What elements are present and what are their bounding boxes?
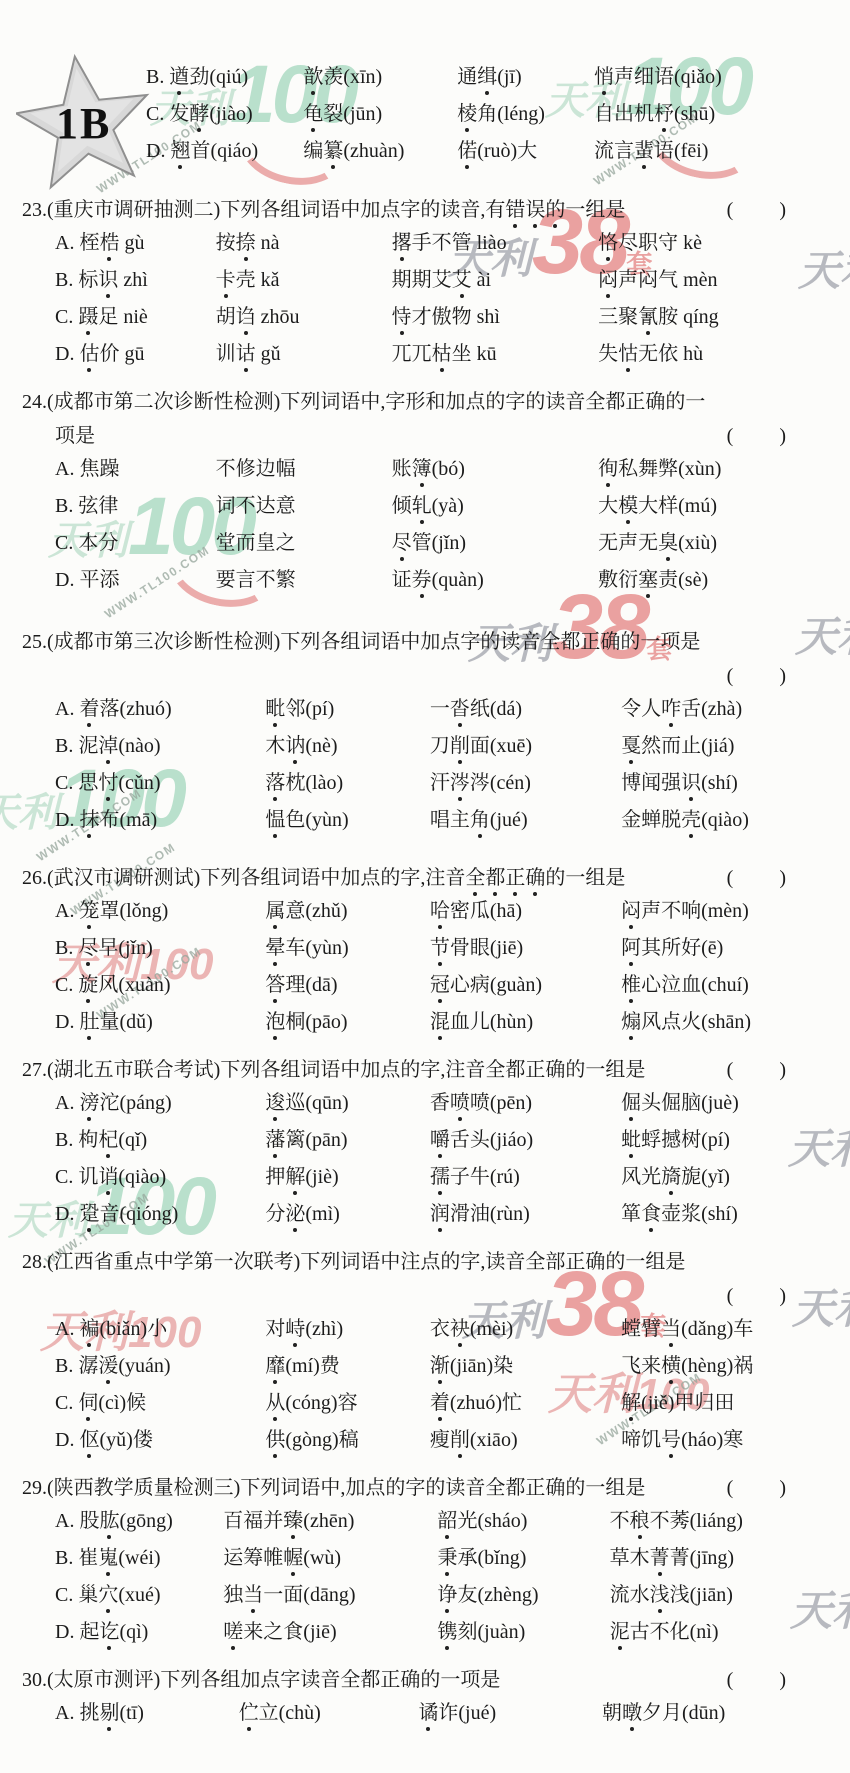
question-27: 27.(湖北五市联合考试)下列各组词语中加点的字,注音全都正确的一组是( )A.… bbox=[22, 1056, 830, 1238]
text-run: (yà) bbox=[432, 495, 464, 517]
text-run: 账 bbox=[392, 458, 412, 480]
dotted-char: 闷 bbox=[621, 900, 641, 922]
dotted-char: 误 bbox=[525, 199, 545, 221]
text-run: 语(fēi) bbox=[654, 140, 708, 162]
text-run: 骨眼(jiē) bbox=[450, 937, 523, 959]
dotted-char: 艾 bbox=[452, 269, 472, 291]
text-run: (jī) bbox=[497, 66, 521, 88]
option-cell: 箪食壶浆(shí) bbox=[621, 1201, 820, 1227]
text-run: 手不管 liào bbox=[412, 232, 507, 254]
text-run: 大 bbox=[598, 495, 618, 517]
option-cell: C. 讥诮(qiào) bbox=[55, 1164, 265, 1190]
question-options: A. 焦躁不修边幅账簿(bó)徇私舞弊(xùn)B. 弦律词不达意倾轧(yà)大… bbox=[55, 456, 830, 604]
text-run: 下列词语中,加点的字的读音全都正确的一组是 bbox=[240, 1477, 645, 1499]
option-cell: 供(gòng)稿 bbox=[265, 1427, 429, 1453]
option-cell: B. 崔嵬(wéi) bbox=[55, 1545, 223, 1571]
dotted-char: 哈 bbox=[430, 900, 450, 922]
text-run: 喷(pēn) bbox=[470, 1092, 532, 1114]
dotted-char: 诮 bbox=[98, 1166, 118, 1188]
answer-blank-parens: ( ) bbox=[727, 1056, 830, 1085]
question-29: 29.(陕西教学质量检测三)下列词语中,加点的字的读音全都正确的一组是( )A.… bbox=[22, 1474, 830, 1656]
dotted-char: 咋 bbox=[661, 698, 681, 720]
text-run: 私舞弊(xùn) bbox=[618, 458, 721, 480]
option-cell: 期期艾艾 ài bbox=[392, 267, 599, 293]
text-run: 血儿(hùn) bbox=[450, 1011, 533, 1033]
option-label: A. bbox=[55, 1092, 79, 1114]
dotted-char: 混 bbox=[430, 1011, 450, 1033]
question-source: (太原市测评) bbox=[47, 1666, 160, 1695]
dotted-char: 杼 bbox=[654, 103, 674, 125]
question-options: A. 滂沱(páng)逡巡(qūn)香喷喷(pēn)倔头倔脑(juè)B. 枸杞… bbox=[55, 1090, 830, 1238]
dotted-char: 角 bbox=[470, 809, 490, 831]
dotted-char: 当 bbox=[661, 1318, 681, 1340]
question-prompt-text: 下列词语中,字形和加点的字的读音全都正确的一 bbox=[280, 388, 705, 417]
text-run: 声闷气 mèn bbox=[618, 269, 717, 291]
option-label: D. bbox=[55, 1621, 79, 1643]
option-cell: 椎心泣血(chuí) bbox=[621, 972, 820, 998]
text-run: 足 niè bbox=[98, 306, 147, 328]
option-cell: B. 遒劲(qiú) bbox=[146, 64, 303, 90]
dotted-char: 供 bbox=[265, 1429, 285, 1451]
option-cell: 韶光(sháo) bbox=[437, 1508, 609, 1534]
dotted-char: 着 bbox=[79, 698, 99, 720]
question-options: A. 着落(zhuó)毗邻(pí)一沓纸(dá)令人咋舌(zhà)B. 泥淖(n… bbox=[55, 696, 830, 844]
option-cell: D. 跫音(qióng) bbox=[55, 1201, 265, 1227]
question-number: 25. bbox=[22, 628, 47, 657]
option-cell: 运筹帷幄(wù) bbox=[223, 1545, 437, 1571]
question-26: 26.(武汉市调研测试)下列各组词语中加点的字,注音全都正确的一组是( )A. … bbox=[22, 864, 830, 1046]
text-run: (mí)费 bbox=[285, 1355, 339, 1377]
text-run: 胡 bbox=[216, 306, 236, 328]
dotted-char: 缉 bbox=[477, 66, 497, 88]
option-label: A. bbox=[55, 1510, 79, 1532]
text-run: 旎(yǐ) bbox=[681, 1166, 730, 1188]
text-run: 平添 bbox=[79, 569, 119, 591]
question-24-option-row-C: C. 本分堂而皇之尽管(jǐn)无声无臭(xiù) bbox=[55, 530, 830, 567]
dotted-char: 杞 bbox=[98, 1129, 118, 1151]
dotted-char: 落 bbox=[265, 772, 285, 794]
text-run: 声细语(qiǎo) bbox=[614, 66, 722, 88]
text-run: 不 bbox=[610, 1510, 630, 1532]
text-run: (jiào) bbox=[209, 103, 252, 125]
text-run: 罩(lǒng) bbox=[99, 900, 168, 922]
text-run: 汗 bbox=[430, 772, 450, 794]
question-24: 24.(成都市第二次诊断性检测)下列词语中,字形和加点的字的读音全都正确的一项是… bbox=[22, 388, 830, 604]
option-cell: B. 标识 zhì bbox=[55, 267, 216, 293]
question-source: (武汉市调研测试) bbox=[47, 864, 200, 893]
question-source: (成都市第三次诊断性检测) bbox=[47, 628, 280, 657]
text-run: 量(dǔ) bbox=[99, 1011, 152, 1033]
dotted-char: 从 bbox=[265, 1392, 285, 1414]
dotted-char: 歆 bbox=[303, 66, 323, 88]
question-options: A. 桎梏 gù按捺 nà撂手不管 liào恪尽职守 kèB. 标识 zhì卡壳… bbox=[55, 230, 830, 378]
text-run: 一面(dāng) bbox=[263, 1584, 355, 1606]
dotted-char: 肚 bbox=[79, 1011, 99, 1033]
dotted-char: 镌 bbox=[437, 1621, 457, 1643]
option-cell: 着(zhuó)忙 bbox=[430, 1390, 621, 1416]
option-cell: A. 滂沱(páng) bbox=[55, 1090, 265, 1116]
option-cell: 嚼舌头(jiáo) bbox=[430, 1127, 621, 1153]
question-prompt-text: 下列各组词语中加点字的读音,有错误的一组是 bbox=[220, 196, 625, 225]
question-29-option-row-B: B. 崔嵬(wéi)运筹帷幄(wù)秉承(bǐng)草木菁菁(jīng) bbox=[55, 1545, 830, 1582]
question-30-option-row-A: A. 挑剔(tī)伫立(chù)谲诈(jué)朝暾夕月(dūn) bbox=[55, 1700, 830, 1737]
dotted-char: 韶 bbox=[437, 1510, 457, 1532]
question-29-option-row-D: D. 起讫(qì)嗟来之食(jiē)镌刻(juàn)泥古不化(nì) bbox=[55, 1619, 830, 1656]
text-run: 首(qiáo) bbox=[190, 140, 258, 162]
option-cell: 令人咋舌(zhà) bbox=[621, 696, 820, 722]
dotted-char: 卡 bbox=[216, 269, 236, 291]
option-cell: 诤友(zhèng) bbox=[437, 1582, 609, 1608]
option-label: C. bbox=[55, 974, 78, 996]
question-28-option-row-D: D. 伛(yǔ)偻供(gòng)稿瘦削(xiāo)啼饥号(háo)寒 bbox=[55, 1427, 830, 1464]
option-cell: 流言蜚语(fēi) bbox=[594, 138, 830, 164]
dotted-char: 伺 bbox=[78, 1392, 98, 1414]
question-source: (江西省重点中学第一次联考) bbox=[47, 1248, 300, 1277]
option-cell: 秉承(bǐng) bbox=[437, 1545, 609, 1571]
text-run: 潺 bbox=[78, 1355, 98, 1377]
option-cell: A. 褊(biǎn)小 bbox=[55, 1316, 265, 1342]
question-25-option-row-D: D. 抹布(mā)愠色(yùn)唱主角(jué)金蝉脱壳(qiào) bbox=[55, 807, 830, 844]
text-run: 失 bbox=[598, 343, 618, 365]
option-cell: D. 伛(yǔ)偻 bbox=[55, 1427, 265, 1453]
dotted-char: 煽 bbox=[621, 1011, 641, 1033]
text-run: 金蝉脱 bbox=[621, 809, 681, 831]
option-label: B. bbox=[55, 495, 78, 517]
text-run: 挑 bbox=[79, 1702, 99, 1724]
text-run: 夕月(dūn) bbox=[642, 1702, 725, 1724]
dotted-char: 湲 bbox=[98, 1355, 118, 1377]
question-30: 30.(太原市测评)下列各组加点字读音全都正确的一项是( )A. 挑剔(tī)伫… bbox=[22, 1666, 830, 1737]
question-28-option-row-B: B. 潺湲(yuán)靡(mí)费渐(jiān)染飞来横(hèng)祸 bbox=[55, 1353, 830, 1390]
text-run: (wù) bbox=[303, 1547, 341, 1569]
text-run: (zhì) bbox=[305, 1318, 343, 1340]
dotted-char: 诂 bbox=[236, 343, 256, 365]
text-run: 浅(jiān) bbox=[670, 1584, 733, 1606]
text-run: 风(xuàn) bbox=[98, 974, 170, 996]
option-cell: 伫立(chù) bbox=[239, 1700, 419, 1726]
text-run: 思 bbox=[78, 772, 98, 794]
option-label: B. bbox=[55, 1355, 78, 1377]
option-cell: C. 伺(cì)候 bbox=[55, 1390, 265, 1416]
text-run: 才傲物 shì bbox=[412, 306, 500, 328]
text-run: 三聚 bbox=[598, 306, 638, 328]
text-run: 下列词语中注点的字,读音全部正确的一组是 bbox=[300, 1251, 685, 1273]
text-run: (cì)候 bbox=[98, 1392, 146, 1414]
text-run: 的一组是 bbox=[545, 867, 625, 889]
text-run: 坐 kū bbox=[452, 343, 497, 365]
text-run: 令人 bbox=[621, 698, 661, 720]
text-run: (zhēn) bbox=[303, 1510, 354, 1532]
text-run: 落(zhuó) bbox=[99, 698, 171, 720]
option-label: D. bbox=[55, 1011, 79, 1033]
text-run: 音(qióng) bbox=[99, 1203, 178, 1225]
text-run: 胺 qíng bbox=[658, 306, 719, 328]
dotted-char: 阿 bbox=[621, 937, 641, 959]
dotted-char: 枯 bbox=[432, 343, 452, 365]
text-run: 弦律 bbox=[78, 495, 118, 517]
option-cell: 账簿(bó) bbox=[392, 456, 599, 482]
dotted-char: 酵 bbox=[189, 103, 209, 125]
text-run: (cǔn) bbox=[118, 772, 160, 794]
text-run: 大样(mú) bbox=[638, 495, 717, 517]
answer-blank-parens: ( ) bbox=[727, 864, 830, 893]
text-run: 起 bbox=[79, 1621, 99, 1643]
text-run: (háo)寒 bbox=[681, 1429, 743, 1451]
dotted-char: 当 bbox=[243, 1584, 263, 1606]
option-cell: C. 本分 bbox=[55, 530, 216, 556]
dotted-char: 号 bbox=[661, 1429, 681, 1451]
option-cell: D. 平添 bbox=[55, 567, 216, 593]
option-cell: 撂手不管 liào bbox=[392, 230, 599, 256]
text-run: 面(xuē) bbox=[470, 735, 532, 757]
dotted-char: 遒 bbox=[169, 66, 189, 88]
text-run: (biǎn)小 bbox=[99, 1318, 167, 1340]
option-cell: 属意(zhǔ) bbox=[265, 898, 429, 924]
option-cell: 愠色(yùn) bbox=[265, 807, 429, 833]
option-label: C. bbox=[55, 1166, 78, 1188]
text-run: 飞来 bbox=[621, 1355, 661, 1377]
text-run: 桐(pāo) bbox=[285, 1011, 347, 1033]
text-run: 一 bbox=[430, 698, 450, 720]
option-cell: 泥古不化(nì) bbox=[610, 1619, 820, 1645]
text-run: 自出机 bbox=[594, 103, 654, 125]
text-run: 瘦 bbox=[430, 1429, 450, 1451]
text-run: 意(zhǔ) bbox=[285, 900, 347, 922]
dotted-char: 倔 bbox=[621, 1092, 641, 1114]
dotted-char: 伛 bbox=[79, 1429, 99, 1451]
question-prompt-line: ( ) bbox=[22, 662, 830, 691]
text-run: 心病(guàn) bbox=[450, 974, 542, 996]
text-run: 下列各组词语中加点字的读音全都正确的一项是 bbox=[280, 631, 700, 653]
text-run: 篱(pān) bbox=[285, 1129, 347, 1151]
text-run: 堂而皇之 bbox=[216, 532, 296, 554]
option-cell: A. 笼罩(lǒng) bbox=[55, 898, 265, 924]
dotted-char: 识 bbox=[681, 772, 701, 794]
text-run: 理(dā) bbox=[285, 974, 337, 996]
text-run: 押 bbox=[265, 1166, 285, 1188]
option-cell: 无声无臭(xiù) bbox=[598, 530, 820, 556]
text-run: 流水 bbox=[610, 1584, 650, 1606]
dotted-char: 龟 bbox=[303, 103, 323, 125]
text-run: 箪 bbox=[621, 1203, 641, 1225]
question-prompt-line: 26.(武汉市调研测试)下列各组词语中加点的字,注音全都正确的一组是( ) bbox=[22, 864, 830, 893]
option-cell: 尽管(jǐn) bbox=[392, 530, 599, 556]
text-run: 敷衍 bbox=[598, 569, 638, 591]
option-cell: 大模大样(mú) bbox=[598, 493, 820, 519]
dotted-char: 估 bbox=[79, 343, 99, 365]
text-run: 色(yùn) bbox=[285, 809, 348, 831]
intro-option-row-D: D. 翘首(qiáo)编纂(zhuàn)偌(ruò)大流言蜚语(fēi) bbox=[146, 138, 830, 175]
text-run: (shū) bbox=[674, 103, 715, 125]
option-label: B. bbox=[55, 269, 78, 291]
question-prompt-text: 下列各组加点字读音全都正确的一项是 bbox=[160, 1666, 500, 1695]
text-run: (jiān)染 bbox=[450, 1355, 513, 1377]
dotted-char: 晕 bbox=[265, 937, 285, 959]
dotted-char: 肱 bbox=[99, 1510, 119, 1532]
question-24-option-row-A: A. 焦躁不修边幅账簿(bó)徇私舞弊(xùn) bbox=[55, 456, 830, 493]
dotted-char: 塞 bbox=[638, 569, 658, 591]
text-run: 心泣血(chuí) bbox=[641, 974, 749, 996]
text-run: (dǎng)车 bbox=[681, 1318, 753, 1340]
dotted-char: 戛 bbox=[621, 735, 641, 757]
text-run: (cóng)容 bbox=[285, 1392, 357, 1414]
text-run: 涔(cén) bbox=[470, 772, 531, 794]
dotted-char: 识 bbox=[98, 269, 118, 291]
option-cell: 节骨眼(jiē) bbox=[430, 935, 621, 961]
dotted-char: 讫 bbox=[99, 1621, 119, 1643]
option-cell: C. 旋风(xuàn) bbox=[55, 972, 265, 998]
text-run: 草木 bbox=[610, 1547, 650, 1569]
text-run: 发 bbox=[169, 103, 189, 125]
text-run: (mèi) bbox=[470, 1318, 513, 1340]
option-cell: 戛然而止(jiá) bbox=[621, 733, 820, 759]
text-run: 羡(xīn) bbox=[323, 66, 382, 88]
text-run: 诈(jué) bbox=[438, 1702, 496, 1724]
option-cell: 龟裂(jūn) bbox=[303, 101, 457, 127]
question-number: 29. bbox=[22, 1474, 47, 1503]
option-cell: 渐(jiān)染 bbox=[430, 1353, 621, 1379]
dotted-char: 泌 bbox=[285, 1203, 305, 1225]
option-cell: 卡壳 kǎ bbox=[216, 267, 392, 293]
option-cell: 冠心病(guàn) bbox=[430, 972, 621, 998]
option-cell: 百福并臻(zhēn) bbox=[223, 1508, 437, 1534]
dotted-char: 峙 bbox=[285, 1318, 305, 1340]
question-number: 24. bbox=[22, 388, 47, 417]
option-label: C. bbox=[55, 1392, 78, 1414]
text-run: 要言不繁 bbox=[216, 569, 296, 591]
text-run: 流言 bbox=[594, 140, 634, 162]
intro-option-row-C: C. 发酵(jiào)龟裂(jūn)棱角(léng)自出机杼(shū) bbox=[146, 101, 830, 138]
dotted-char: 节 bbox=[430, 937, 450, 959]
question-27-option-row-A: A. 滂沱(páng)逡巡(qūn)香喷喷(pēn)倔头倔脑(juè) bbox=[55, 1090, 830, 1127]
text-run: 训 bbox=[216, 343, 236, 365]
dotted-char: 棱 bbox=[457, 103, 477, 125]
option-cell: B. 泥淖(nào) bbox=[55, 733, 265, 759]
option-cell: 煽风点火(shān) bbox=[621, 1009, 820, 1035]
question-24-option-row-D: D. 平添要言不繁证券(quàn)敷衍塞责(sè) bbox=[55, 567, 830, 604]
text-run: 价 gū bbox=[99, 343, 144, 365]
question-number: 26. bbox=[22, 864, 47, 893]
text-run: (xué) bbox=[118, 1584, 160, 1606]
text-run: ài bbox=[472, 269, 491, 291]
option-cell: B. 弦律 bbox=[55, 493, 216, 519]
option-cell: D. 抹布(mā) bbox=[55, 807, 265, 833]
question-26-option-row-B: B. 尽早(jǐn)晕车(yùn)节骨眼(jiē)阿其所好(ē) bbox=[55, 935, 830, 972]
text-run: 管(jǐn) bbox=[412, 532, 466, 554]
dotted-char: 蜚 bbox=[634, 140, 654, 162]
option-cell: 流水浅浅(jiān) bbox=[610, 1582, 820, 1608]
text-run: (qiào) bbox=[118, 1166, 166, 1188]
text-run: 来之食(jiē) bbox=[243, 1621, 336, 1643]
text-run: (nào) bbox=[118, 735, 160, 757]
text-run: 风点火(shān) bbox=[641, 1011, 751, 1033]
option-label: A. bbox=[55, 458, 79, 480]
text-run: 壳 kǎ bbox=[236, 269, 280, 291]
dotted-char: 轧 bbox=[412, 495, 432, 517]
dotted-char: 横 bbox=[661, 1355, 681, 1377]
option-cell: 木讷(nè) bbox=[265, 733, 429, 759]
dotted-char: 孺 bbox=[430, 1166, 450, 1188]
text-run: 立(chù) bbox=[259, 1702, 321, 1724]
text-run: 朝 bbox=[602, 1702, 622, 1724]
text-run: 车(yùn) bbox=[285, 937, 348, 959]
question-source: (成都市第二次诊断性检测) bbox=[47, 388, 280, 417]
text-run: 劲(qiú) bbox=[189, 66, 248, 88]
text-run: zhōu bbox=[256, 306, 300, 328]
question-23: 23.(重庆市调研抽测二)下列各组词语中加点字的读音,有错误的一组是( )A. … bbox=[22, 196, 830, 378]
dotted-char: 暾 bbox=[622, 1702, 642, 1724]
option-cell: 编纂(zhuàn) bbox=[303, 138, 457, 164]
text-run: 不修边幅 bbox=[216, 458, 296, 480]
text-run: 泥 bbox=[78, 735, 98, 757]
dotted-char: 都 bbox=[485, 867, 505, 889]
question-prompt-line: 25.(成都市第三次诊断性检测)下列各组词语中加点字的读音全都正确的一项是 bbox=[22, 628, 830, 657]
question-27-option-row-B: B. 枸杞(qǐ)藩篱(pān)嚼舌头(jiáo)蚍蜉撼树(pí) bbox=[55, 1127, 830, 1164]
dotted-char: 削 bbox=[450, 1429, 470, 1451]
option-cell: C. 发酵(jiào) bbox=[146, 101, 303, 127]
text-run: (jué) bbox=[490, 809, 528, 831]
text-run: 期期艾 bbox=[392, 269, 452, 291]
question-prompt-text: 下列各组词语中加点的字,注音全都正确的一组是 bbox=[200, 864, 625, 893]
dotted-char: 答 bbox=[265, 974, 285, 996]
dotted-char: 悄 bbox=[594, 66, 614, 88]
option-cell: 逡巡(qūn) bbox=[265, 1090, 429, 1116]
text-run: 编 bbox=[303, 140, 323, 162]
dotted-char: 解 bbox=[285, 1166, 305, 1188]
dotted-char: 券 bbox=[412, 569, 432, 591]
answer-blank-parens: ( ) bbox=[727, 1474, 830, 1503]
option-cell: 答理(dā) bbox=[265, 972, 429, 998]
option-cell: 孺子牛(rú) bbox=[430, 1164, 621, 1190]
option-cell: B. 尽早(jǐn) bbox=[55, 935, 265, 961]
question-prompt-line: 项是( ) bbox=[22, 422, 830, 451]
dotted-char: 稂 bbox=[630, 1510, 650, 1532]
option-cell: 草木菁菁(jīng) bbox=[610, 1545, 820, 1571]
text-run: 菁(jīng) bbox=[670, 1547, 734, 1569]
question-23-option-row-D: D. 估价 gū训诂 gǔ兀兀枯坐 kū失怙无依 hù bbox=[55, 341, 830, 378]
dotted-char: 嚼 bbox=[430, 1129, 450, 1151]
text-run: 下列各组词语中加点的字,注音全都正确的一组是 bbox=[220, 1059, 645, 1081]
dotted-char: 尽 bbox=[78, 937, 98, 959]
text-run: 裂(jūn) bbox=[323, 103, 382, 125]
text-run: 兀兀 bbox=[392, 343, 432, 365]
text-run: 早(jǐn) bbox=[98, 937, 152, 959]
text-run: (qǐ) bbox=[118, 1129, 147, 1151]
option-label: D. bbox=[55, 1429, 79, 1451]
text-run: 巢 bbox=[78, 1584, 98, 1606]
text-run: nà bbox=[256, 232, 280, 254]
option-label: D. bbox=[55, 1203, 79, 1225]
dotted-char: 蹑 bbox=[78, 306, 98, 328]
dotted-char: 嗟 bbox=[223, 1621, 243, 1643]
option-cell: 闷声闷气 mèn bbox=[598, 267, 820, 293]
question-26-option-row-C: C. 旋风(xuàn)答理(dā)冠心病(guàn)椎心泣血(chuí) bbox=[55, 972, 830, 1009]
answer-blank-parens: ( ) bbox=[727, 422, 830, 451]
dotted-char: 氰 bbox=[638, 306, 658, 328]
dotted-char: 抹 bbox=[79, 809, 99, 831]
option-cell: 训诂 gǔ bbox=[216, 341, 392, 367]
text-run: 证 bbox=[392, 569, 412, 591]
answer-blank-parens: ( ) bbox=[727, 196, 830, 225]
option-label: C. bbox=[55, 1584, 78, 1606]
question-prompt-text: 项是 bbox=[55, 422, 95, 451]
option-label: D. bbox=[55, 343, 79, 365]
question-23-option-row-C: C. 蹑足 niè胡诌 zhōu恃才傲物 shì三聚氰胺 qíng bbox=[55, 304, 830, 341]
dotted-char: 怙 bbox=[618, 343, 638, 365]
text-run: 古不化(nì) bbox=[630, 1621, 719, 1643]
option-cell: 不修边幅 bbox=[216, 456, 392, 482]
option-cell: 自出机杼(shū) bbox=[594, 101, 830, 127]
